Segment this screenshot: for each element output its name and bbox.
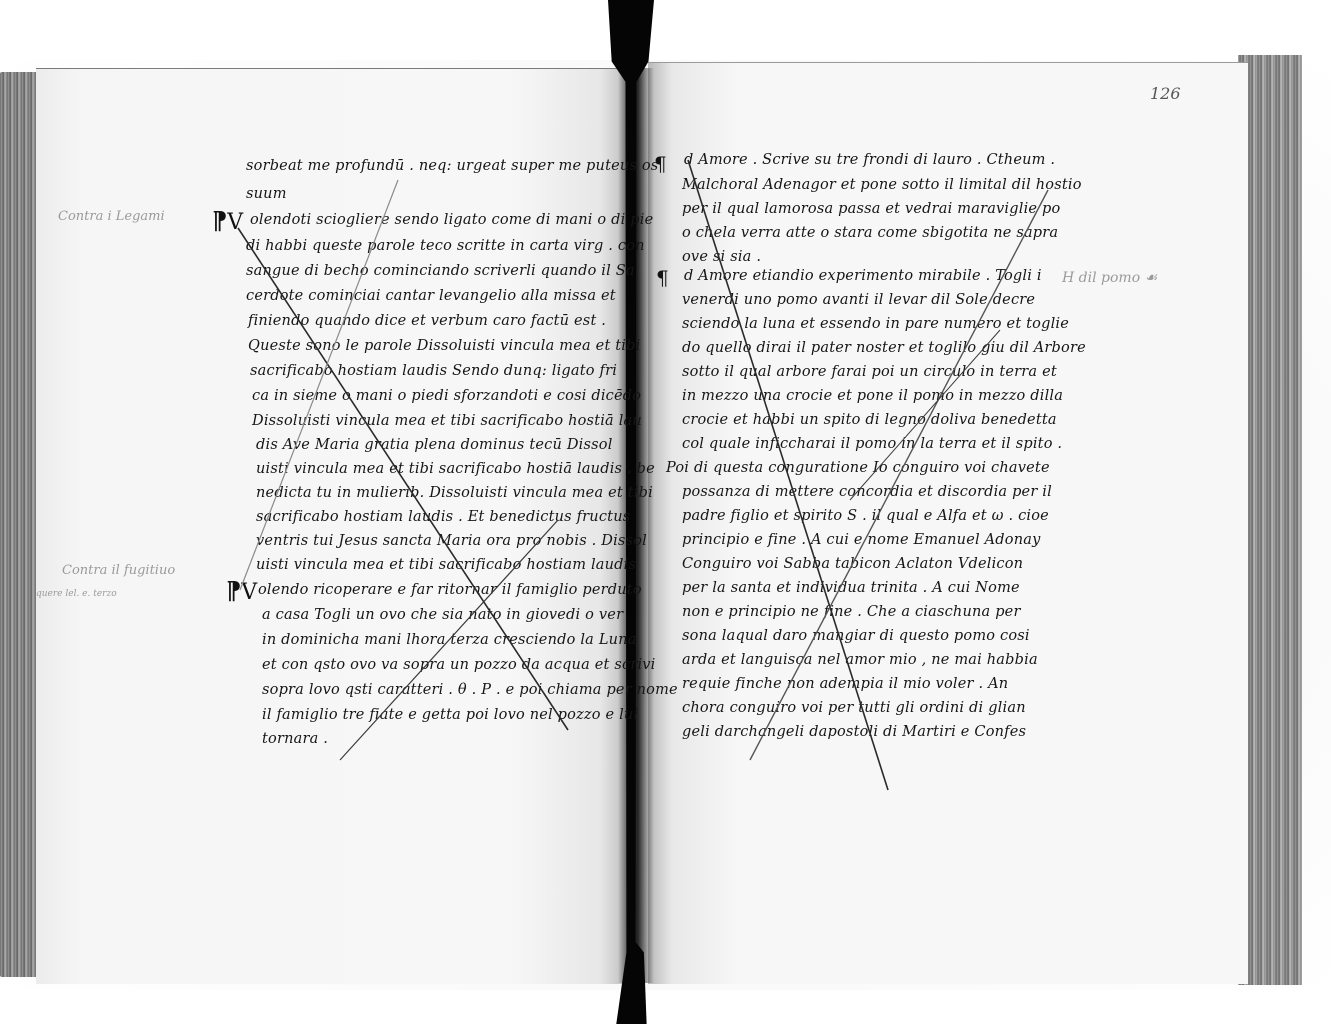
text-line: sorbeat me profundū . neq: urgeat super …	[246, 158, 658, 174]
text-line: requie finche non adempia il mio voler .…	[682, 676, 1008, 692]
text-line: sangue di becho cominciando scriverli qu…	[246, 263, 635, 279]
text-line: o chela verra atte o stara come sbigotit…	[682, 225, 1058, 241]
text-line: suum	[246, 186, 287, 202]
text-line: padre figlio et spirito S . il qual e Al…	[682, 508, 1049, 524]
text-line: ove si sia .	[682, 249, 761, 265]
text-line: Dissoluisti vincula mea et tibi sacrific…	[252, 413, 642, 429]
text-line: geli darchangeli dapostoli di Martiri e …	[682, 724, 1026, 740]
text-line: sotto il qual arbore farai poi un circul…	[682, 364, 1057, 380]
text-line: crocie et habbi un spito di legno doliva…	[682, 412, 1057, 428]
text-line: per la santa et individua trinita . A cu…	[682, 580, 1020, 596]
text-line: tornara .	[262, 731, 328, 747]
text-line: sacrificabo hostiam laudis . Et benedict…	[256, 509, 630, 525]
text-line: venerdi uno pomo avanti il levar dil Sol…	[682, 292, 1035, 308]
text-line: Conguiro voi Sabba tabicon Aclaton Vdeli…	[682, 556, 1023, 572]
text-line: possanza di mettere concordia et discord…	[682, 484, 1052, 500]
text-line: in dominicha mani lhora terza cresciendo…	[262, 632, 637, 648]
text-line: d Amore etiandio experimento mirabile . …	[684, 268, 1042, 284]
left-page	[36, 68, 630, 984]
paragraph-mark-2: ¶	[656, 266, 669, 290]
paragraph-mark-1: ¶	[654, 152, 667, 176]
text-line: uisti vincula mea et tibi sacrificabo ho…	[256, 461, 655, 477]
margin-note-small: quere lel. e. terzo	[36, 589, 117, 599]
text-line: do quello dirai il pater noster et togli…	[682, 340, 1086, 356]
text-line: sona laqual daro mangiar di questo pomo …	[682, 628, 1030, 644]
text-line: per il qual lamorosa passa et vedrai mar…	[682, 201, 1060, 217]
margin-note-dil-pomo: H dil pomo ☙	[1062, 270, 1157, 286]
text-line: d Amore . Scrive su tre frondi di lauro …	[684, 152, 1055, 168]
text-line: et con qsto ovo va sopra un pozzo da acq…	[262, 657, 656, 673]
margin-note-contra-fugitivo: Contra il fugitiuo	[62, 563, 175, 578]
text-line: cerdote cominciai cantar levangelio alla…	[246, 288, 616, 304]
text-line: sciendo la luna et essendo in pare numer…	[682, 316, 1069, 332]
text-line: Poi di questa conguratione Io conguiro v…	[666, 460, 1050, 476]
text-line: a casa Togli un ovo che sia nato in giov…	[262, 607, 623, 623]
text-line: principio e fine . A cui e nome Emanuel …	[682, 532, 1040, 548]
text-line: sopra lovo qsti caratteri . θ . P . e po…	[262, 682, 678, 698]
text-line: Queste sono le parole Dissoluisti vincul…	[248, 338, 640, 354]
initial-v-2: ⁋V	[226, 576, 257, 605]
text-line: ventris tui Jesus sancta Maria ora pro n…	[256, 533, 647, 549]
text-line: ca in sieme o mani o piedi sforzandoti e…	[252, 388, 641, 404]
text-line: non e principio ne fine . Che a ciaschun…	[682, 604, 1021, 620]
text-line: di habbi queste parole teco scritte in c…	[246, 238, 645, 254]
text-line: col quale inficcharai il pomo in la terr…	[682, 436, 1062, 452]
margin-note-contra-legami: Contra i Legami	[58, 209, 165, 224]
initial-v-1: ⁋V	[212, 206, 243, 235]
text-line: arda et languisca nel amor mio , ne mai …	[682, 652, 1038, 668]
text-line: chora conguiro voi per tutti gli ordini …	[682, 700, 1026, 716]
text-line: olendo ricoperare e far ritornar il fami…	[258, 582, 642, 598]
text-line: in mezzo una crocie et pone il pomo in m…	[682, 388, 1063, 404]
text-line: olendoti sciogliere sendo ligato come di…	[250, 212, 653, 228]
text-line: dis Ave Maria gratia plena dominus tecū …	[256, 437, 613, 453]
text-line: il famiglio tre fiate e getta poi lovo n…	[262, 707, 638, 723]
text-line: sacrificabo hostiam laudis Sendo dunq: l…	[250, 363, 617, 379]
text-line: uisti vincula mea et tibi sacrificabo ho…	[256, 557, 636, 573]
text-line: Malchoral Adenagor et pone sotto il limi…	[682, 177, 1082, 193]
text-line: nedicta tu in mulierib. Dissoluisti vinc…	[256, 485, 653, 501]
text-line: finiendo quando dice et verbum caro fact…	[248, 313, 606, 329]
folio-number: 126	[1150, 84, 1181, 103]
